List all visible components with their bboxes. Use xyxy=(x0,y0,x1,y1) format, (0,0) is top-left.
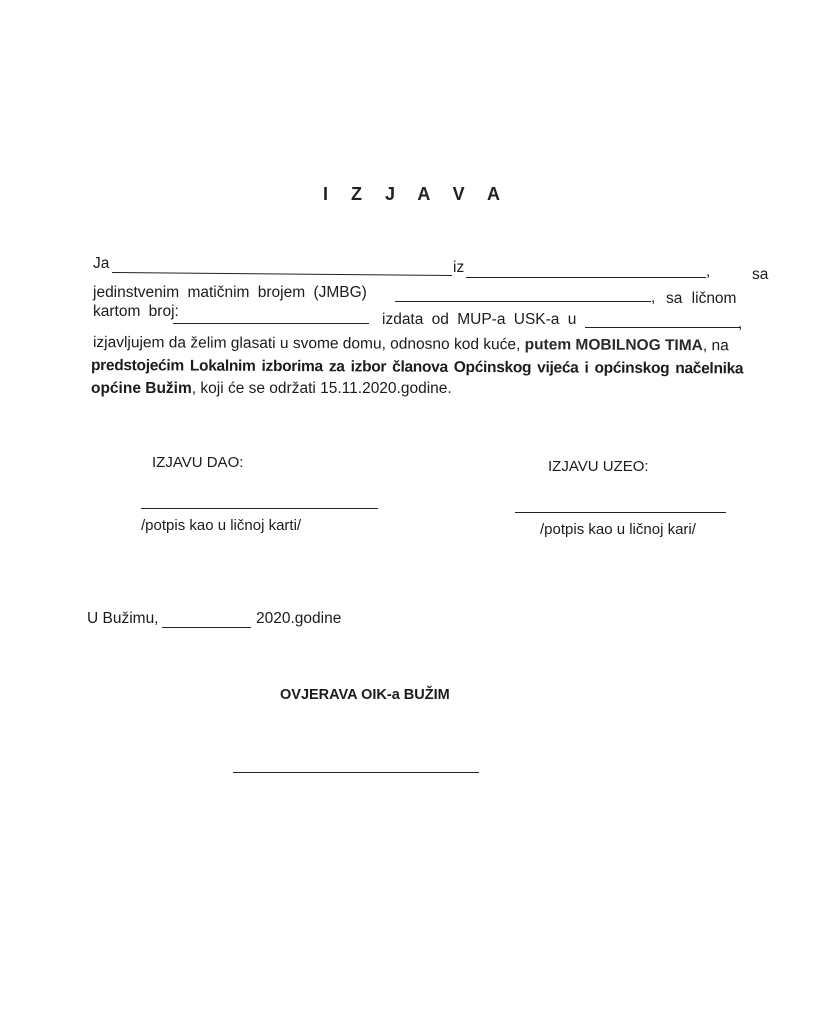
comma-3: , xyxy=(738,314,742,334)
certification-signature-line[interactable] xyxy=(233,772,479,773)
signature-right-caption: /potpis kao u ličnoj kari/ xyxy=(540,520,696,540)
declaration-line-6: općine Bužim, koji će se održati 15.11.2… xyxy=(91,379,452,399)
signature-left-caption: /potpis kao u ličnoj karti/ xyxy=(141,516,301,536)
label-iz: iz xyxy=(453,258,464,278)
signature-left-label: IZJAVU DAO: xyxy=(152,453,243,473)
label-sa: sa xyxy=(752,265,768,285)
label-ja: Ja xyxy=(93,254,109,274)
name-field[interactable] xyxy=(112,272,452,276)
certification-label: OVJERAVA OIK-a BUŽIM xyxy=(280,685,450,705)
document-title: I Z J A V A xyxy=(0,184,832,205)
residence-field[interactable] xyxy=(466,277,706,278)
comma-1: , xyxy=(706,262,710,282)
jmbg-field[interactable] xyxy=(395,301,651,302)
signature-right-label: IZJAVU UZEO: xyxy=(548,457,649,477)
label-kartom-broj: kartom broj: xyxy=(93,302,179,322)
label-izdata: izdata od MUP-a USK-a u xyxy=(382,310,576,330)
issued-place-field[interactable] xyxy=(585,327,740,328)
signature-left-line[interactable] xyxy=(141,508,378,509)
mobile-team-text: putem MOBILNOG TIMA xyxy=(525,336,703,354)
label-jmbg: jedinstvenim matičnim brojem (JMBG) xyxy=(93,283,367,303)
comma-2: , xyxy=(651,288,655,308)
label-sa-licnom: sa ličnom xyxy=(666,289,736,309)
declaration-line-5: predstojećim Lokalnim izborima za izbor … xyxy=(91,356,743,379)
year-label: 2020.godine xyxy=(256,609,341,629)
signature-right-line[interactable] xyxy=(515,512,726,513)
id-card-number-field[interactable] xyxy=(173,323,369,324)
place-label: U Bužimu, xyxy=(87,609,159,629)
declaration-line-4: izjavljujem da želim glasati u svome dom… xyxy=(93,333,729,356)
date-field[interactable] xyxy=(162,627,251,628)
